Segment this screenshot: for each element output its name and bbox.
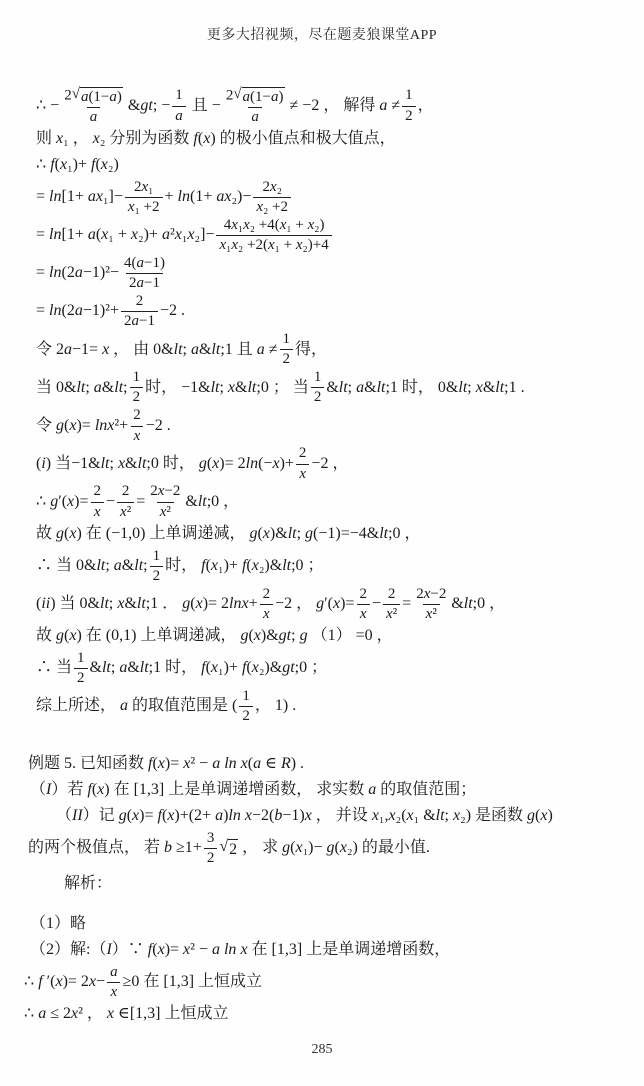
math-text: 2 bbox=[64, 87, 72, 103]
math-text: 1 bbox=[153, 548, 161, 564]
math-text: x² bbox=[426, 606, 437, 622]
math-text: 2 bbox=[136, 293, 144, 309]
math-line: = ln(2a−1)²−4(a−1)2a−1 bbox=[36, 254, 634, 292]
math-text: 当 0&lt; a&lt; bbox=[36, 379, 128, 396]
math-text: ≥0 在 [1,3] 上恒成立 bbox=[123, 973, 262, 990]
math-text: x bbox=[110, 984, 117, 1000]
fraction: 12 bbox=[402, 87, 416, 125]
math-text: a bbox=[175, 108, 183, 124]
math-line: 故 g(x) 在 (−1,0) 上单调递减， g(x)&lt; g(−1)=−4… bbox=[36, 521, 634, 547]
fraction: 2x₁x₁ +2 bbox=[125, 179, 163, 217]
math-text: 得， bbox=[295, 341, 327, 358]
math-text: 则 x₁ ， x₂ 分别为函数 f(x) 的极小值点和极大值点， bbox=[36, 130, 396, 147]
math-text: 时， −1&lt; x&lt;0 ； 当 bbox=[145, 379, 309, 396]
math-text: − bbox=[106, 493, 115, 510]
math-text: = ln(2a−1)²+ bbox=[36, 302, 119, 319]
math-line: 故 g(x) 在 (0,1) 上单调递减， g(x)&gt; g （1） =0 … bbox=[36, 623, 634, 649]
math-text: 2x₁ bbox=[134, 179, 153, 195]
fraction: 4(a−1)2a−1 bbox=[121, 255, 168, 293]
math-text: 2 bbox=[226, 87, 234, 103]
math-line: (ii) 当 0&lt; x&lt;1 ． g(x)= 2lnx+2x−2 ， … bbox=[36, 585, 634, 623]
fraction: 1a bbox=[172, 87, 186, 125]
math-text: = ln[1+ a(x₁ + x₂)+ a²x₁x₂]− bbox=[36, 226, 214, 243]
fraction: 12 bbox=[74, 650, 88, 688]
math-line: 综上所述， a 的取值范围是 (12， 1) . bbox=[36, 687, 634, 725]
math-line: 当 0&lt; a&lt;12时， −1&lt; x&lt;0 ； 当12&lt… bbox=[36, 369, 634, 407]
math-line: (i) 当−1&lt; x&lt;0 时， g(x)= 2ln(−x)+2x−2… bbox=[36, 445, 634, 483]
math-text: &gt; − bbox=[128, 97, 170, 114]
math-text: 综上所述， a 的取值范围是 ( bbox=[36, 697, 237, 714]
math-text: x bbox=[263, 606, 270, 622]
math-text: 1 bbox=[133, 369, 141, 385]
fraction: 2√a(1−a)a bbox=[61, 86, 126, 126]
math-text: 1 bbox=[77, 650, 85, 666]
math-text: 2 bbox=[263, 586, 271, 602]
math-text: 2 bbox=[133, 407, 141, 423]
header-title: 更多大招视频，尽在题麦狼课堂APP bbox=[207, 28, 437, 43]
math-text: = ln[1+ ax₁]− bbox=[36, 188, 123, 205]
math-text: 4x₁x₂ +4(x₁ + x₂) bbox=[224, 217, 325, 233]
math-line: 例题 5. 已知函数 f(x)= x² − a ln x(a ∈ R) . bbox=[28, 751, 634, 777]
math-text: x² bbox=[160, 504, 171, 520]
math-text: （1）略 bbox=[30, 915, 86, 932]
fraction: 2x bbox=[260, 586, 274, 624]
fraction: ax bbox=[107, 964, 121, 1002]
page-number: 285 bbox=[312, 1042, 333, 1057]
math-text: −2 ， g′(x)= bbox=[275, 595, 354, 612]
math-text: 故 g(x) 在 (−1,0) 上单调递减， g(x)&lt; g(−1)=−4… bbox=[36, 525, 421, 542]
math-text: ∴ a ≤ 2x² ， x ∈[1,3] 上恒成立 bbox=[24, 1005, 229, 1022]
math-text: 1 bbox=[175, 87, 183, 103]
math-text: 2 bbox=[93, 483, 101, 499]
math-text: ∴ 当 0&lt; a&lt; bbox=[36, 557, 148, 574]
math-text: a bbox=[251, 109, 259, 125]
fraction: 2x₂x₂ +2 bbox=[253, 179, 291, 217]
math-text: 2 bbox=[405, 108, 413, 124]
math-line: 的两个极值点， 若 b ≥1+32√2 ， 求 g(x₁)− g(x₂) 的最小… bbox=[28, 829, 634, 867]
math-text: 2x₂ bbox=[263, 179, 282, 195]
math-text: 2 bbox=[283, 351, 291, 367]
math-text: a bbox=[90, 109, 98, 125]
math-line: （I）若 f(x) 在 [1,3] 上是单调递增函数， 求实数 a 的取值范围； bbox=[30, 777, 634, 803]
math-text: ， 1) . bbox=[255, 697, 296, 714]
math-line: ∴ f(x₁)+ f(x₂) bbox=[36, 152, 634, 178]
math-text: 1 bbox=[405, 87, 413, 103]
math-text: &lt;0 ， bbox=[185, 493, 239, 510]
square-root: √a(1−a) bbox=[72, 86, 123, 106]
math-text: x² bbox=[386, 606, 397, 622]
math-text: 2 bbox=[122, 483, 130, 499]
fraction: 22a−1 bbox=[121, 293, 158, 331]
math-text: 2x−2 bbox=[150, 483, 180, 499]
math-text: = bbox=[402, 595, 411, 612]
math-line: ∴ f ′(x)= 2x−ax≥0 在 [1,3] 上恒成立 bbox=[24, 963, 634, 1001]
fraction: 2x² bbox=[383, 586, 400, 624]
fraction: 12 bbox=[150, 548, 164, 586]
math-text: 2 bbox=[299, 445, 307, 461]
math-text: −2 . bbox=[146, 417, 171, 434]
math-text: 且 − bbox=[188, 97, 221, 114]
math-line: 令 g(x)= lnx²+2x−2 . bbox=[36, 407, 634, 445]
fraction: 12 bbox=[311, 369, 325, 407]
math-text: ∴ f(x₁)+ f(x₂) bbox=[36, 156, 119, 173]
math-text: &lt; a&lt;1 时， f(x₁)+ f(x₂)&gt;0 ； bbox=[90, 659, 328, 676]
math-text: ∴ − bbox=[36, 97, 59, 114]
math-text: 3 bbox=[207, 830, 215, 846]
math-line: ∴ 当 0&lt; a&lt;12时， f(x₁)+ f(x₂)&lt;0 ； bbox=[36, 547, 634, 585]
math-text: ∴ 当 bbox=[36, 659, 72, 676]
math-text: &lt;0 ， bbox=[451, 595, 505, 612]
math-text: = bbox=[136, 493, 145, 510]
math-text: 令 2a−1= x ， 由 0&lt; a&lt;1 且 a ≠ bbox=[36, 341, 278, 358]
math-text: 故 g(x) 在 (0,1) 上单调递减， g(x)&gt; g （1） =0 … bbox=[36, 627, 393, 644]
math-text: − bbox=[372, 595, 381, 612]
math-text: ∴ f ′(x)= 2x− bbox=[24, 973, 105, 990]
page-header: 更多大招视频，尽在题麦狼课堂APP bbox=[0, 24, 644, 44]
math-text: （2）解:（I）∵ f(x)= x² − a ln x 在 [1,3] 上是单调… bbox=[30, 941, 450, 958]
math-text: a(1−a) bbox=[243, 89, 284, 105]
math-text: x bbox=[299, 466, 306, 482]
math-text: 2a−1 bbox=[124, 313, 155, 329]
math-text: + ln(1+ ax₂)− bbox=[165, 188, 252, 205]
math-text: 2a−1 bbox=[129, 275, 160, 291]
math-text: x bbox=[94, 504, 101, 520]
fraction: 2x² bbox=[117, 483, 134, 521]
math-text: 时， f(x₁)+ f(x₂)&lt;0 ； bbox=[165, 557, 323, 574]
math-line: （2）解:（I）∵ f(x)= x² − a ln x 在 [1,3] 上是单调… bbox=[30, 937, 634, 963]
math-text: x₁x₂ +2(x₁ + x₂)+4 bbox=[219, 237, 328, 253]
math-text: ≠ −2 ， 解得 a ≠ bbox=[290, 97, 401, 114]
fraction: 32 bbox=[204, 830, 218, 868]
math-line: 则 x₁ ， x₂ 分别为函数 f(x) 的极小值点和极大值点， bbox=[36, 126, 634, 152]
math-text: a(1−a) bbox=[81, 89, 122, 105]
math-line: = ln[1+ ax₁]−2x₁x₁ +2+ ln(1+ ax₂)−2x₂x₂ … bbox=[36, 178, 634, 216]
math-line: （II）记 g(x)= f(x)+(2+ a)ln x−2(b−1)x ， 并设… bbox=[56, 803, 634, 829]
math-line: ∴ −2√a(1−a)a&gt; −1a 且 −2√a(1−a)a≠ −2 ， … bbox=[36, 86, 634, 126]
math-text: 1 bbox=[314, 369, 322, 385]
fraction: 2x−2x² bbox=[147, 483, 183, 521]
math-text: 1 bbox=[242, 688, 250, 704]
math-text: −2 . bbox=[160, 302, 185, 319]
math-text: 2 bbox=[77, 670, 85, 686]
math-text: a bbox=[110, 964, 118, 980]
math-text: x bbox=[360, 606, 367, 622]
math-text: = ln(2a−1)²− bbox=[36, 264, 119, 281]
math-text: 令 g(x)= lnx²+ bbox=[36, 417, 128, 434]
math-text: （I）若 f(x) 在 [1,3] 上是单调递增函数， 求实数 a 的取值范围； bbox=[30, 781, 476, 798]
math-text: x² bbox=[120, 504, 131, 520]
math-line: ∴ a ≤ 2x² ， x ∈[1,3] 上恒成立 bbox=[24, 1001, 634, 1027]
math-text: 2 bbox=[133, 389, 141, 405]
fraction: 2x bbox=[130, 407, 144, 445]
math-text: 2 bbox=[229, 841, 237, 858]
fraction: 12 bbox=[239, 688, 253, 726]
math-line: = ln[1+ a(x₁ + x₂)+ a²x₁x₂]−4x₁x₂ +4(x₁ … bbox=[36, 216, 634, 254]
math-text: ∴ g′(x)= bbox=[36, 493, 88, 510]
math-text: （II）记 g(x)= f(x)+(2+ a)ln x−2(b−1)x ， 并设… bbox=[56, 807, 553, 824]
fraction: 2√a(1−a)a bbox=[223, 86, 288, 126]
math-text: 4(a−1) bbox=[124, 255, 165, 271]
math-line: 解析： bbox=[64, 871, 634, 897]
fraction: 2x bbox=[90, 483, 104, 521]
fraction: 4x₁x₂ +4(x₁ + x₂)x₁x₂ +2(x₁ + x₂)+4 bbox=[216, 217, 331, 255]
page: 更多大招视频，尽在题麦狼课堂APP ∴ −2√a(1−a)a&gt; −1a 且… bbox=[0, 0, 644, 1086]
math-text: (ii) 当 0&lt; x&lt;1 ． g(x)= 2lnx+ bbox=[36, 595, 258, 612]
document-body: ∴ −2√a(1−a)a&gt; −1a 且 −2√a(1−a)a≠ −2 ， … bbox=[0, 86, 634, 1027]
math-text: ， 求 g(x₁)− g(x₂) 的最小值. bbox=[238, 839, 430, 856]
page-footer: 285 bbox=[0, 1042, 644, 1058]
fraction: 12 bbox=[280, 331, 294, 369]
math-text: (i) 当−1&lt; x&lt;0 时， g(x)= 2ln(−x)+ bbox=[36, 455, 294, 472]
math-line: （1）略 bbox=[30, 911, 634, 937]
math-text: 例题 5. 已知函数 f(x)= x² − a ln x(a ∈ R) . bbox=[28, 755, 304, 772]
fraction: 12 bbox=[130, 369, 144, 407]
math-text: 2 bbox=[359, 586, 367, 602]
math-text: 2 bbox=[207, 850, 215, 866]
square-root: √2 bbox=[219, 838, 238, 859]
math-text: 2 bbox=[153, 568, 161, 584]
math-line: ∴ g′(x)=2x−2x²=2x−2x²&lt;0 ， bbox=[36, 483, 634, 521]
math-text: −2 ， bbox=[311, 455, 348, 472]
math-text: 的两个极值点， 若 b ≥1+ bbox=[28, 839, 202, 856]
math-text: 1 bbox=[283, 331, 291, 347]
math-text: 2 bbox=[314, 389, 322, 405]
math-text: 解析： bbox=[64, 875, 112, 892]
math-text: ， bbox=[418, 97, 434, 114]
math-line: 令 2a−1= x ， 由 0&lt; a&lt;1 且 a ≠12得， bbox=[36, 331, 634, 369]
square-root: √a(1−a) bbox=[233, 86, 284, 106]
fraction: 2x bbox=[296, 445, 310, 483]
fraction: 2x bbox=[356, 586, 370, 624]
math-text: x₂ +2 bbox=[256, 199, 288, 215]
fraction: 2x−2x² bbox=[413, 586, 449, 624]
math-text: &lt; a&lt;1 时， 0&lt; x&lt;1 . bbox=[326, 379, 524, 396]
math-line: ∴ 当12&lt; a&lt;1 时， f(x₁)+ f(x₂)&gt;0 ； bbox=[36, 649, 634, 687]
math-text: x bbox=[134, 428, 141, 444]
math-line: = ln(2a−1)²+22a−1−2 . bbox=[36, 292, 634, 330]
math-text: 2 bbox=[242, 708, 250, 724]
math-text: 2 bbox=[388, 586, 396, 602]
math-text: x₁ +2 bbox=[128, 199, 160, 215]
math-text: 2x−2 bbox=[416, 586, 446, 602]
